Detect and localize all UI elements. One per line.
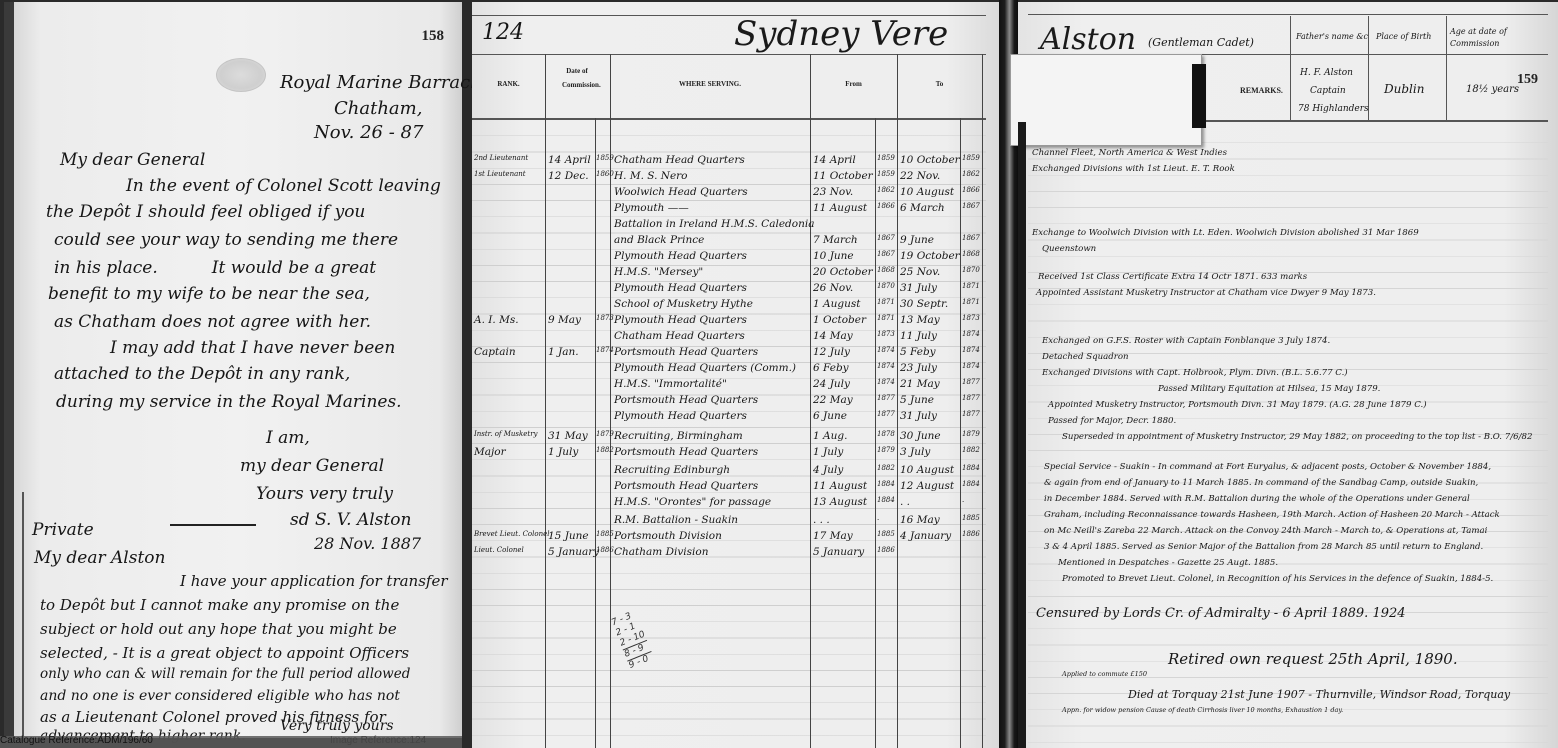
rule bbox=[472, 54, 986, 55]
ledger-cell-where: Chatham Division bbox=[614, 546, 709, 558]
remark-entry: Channel Fleet, North America & West Indi… bbox=[1032, 148, 1227, 158]
header-rank: RANK. bbox=[472, 80, 545, 88]
ledger-cell-where: Chatham Head Quarters bbox=[614, 154, 745, 166]
page-number: 159 bbox=[1517, 72, 1538, 88]
remarks-page: Alston (Gentleman Cadet) Father's name &… bbox=[1018, 2, 1558, 748]
header-place-of-birth: Place of Birth bbox=[1376, 32, 1431, 41]
ledger-cell-to-year: . bbox=[962, 496, 964, 504]
pasted-paper-slip bbox=[1010, 54, 1202, 146]
ledger-cell-from: 11 October bbox=[813, 170, 873, 182]
ledger-cell-to: 30 Septr. bbox=[900, 298, 948, 310]
ledger-cell-from: 11 August bbox=[813, 202, 867, 214]
remark-entry: Received 1st Class Certificate Extra 14 … bbox=[1038, 272, 1307, 282]
ledger-cell-from: 5 January bbox=[813, 546, 864, 558]
remark-entry: Censured by Lords Cr. of Admiralty - 6 A… bbox=[1036, 606, 1406, 621]
ledger-cell-from-year: 1886 bbox=[877, 546, 895, 554]
father-name: H. F. Alston bbox=[1300, 68, 1353, 78]
margin-bracket bbox=[22, 492, 24, 738]
ledger-cell-to-year: 1874 bbox=[962, 346, 980, 354]
ledger-cell-from-year: 1878 bbox=[877, 430, 895, 438]
ledger-cell-from-year: 1882 bbox=[877, 464, 895, 472]
remark-entry: 3 & 4 April 1885. Served as Senior Major… bbox=[1044, 542, 1483, 552]
ledger-cell-from-year: . bbox=[877, 514, 879, 522]
ledger-cell-rank: Captain bbox=[474, 346, 516, 358]
slip-tab bbox=[1192, 64, 1206, 128]
ledger-cell-where: Battalion in Ireland H.M.S. Caledonia bbox=[614, 218, 814, 230]
closing-line: Yours very truly bbox=[256, 484, 393, 504]
ledger-cell-to-year: 1871 bbox=[962, 298, 980, 306]
ledger-cell-where: Woolwich Head Quarters bbox=[614, 186, 748, 198]
ledger-cell-to: 31 July bbox=[900, 410, 937, 422]
ledger-cell-from: 14 May bbox=[813, 330, 853, 342]
remark-entry: Retired own request 25th April, 1890. bbox=[1168, 650, 1458, 668]
remark-entry: in December 1884. Served with R.M. Batta… bbox=[1044, 494, 1470, 504]
ledger-cell-to-year: 1862 bbox=[962, 170, 980, 178]
ledger-cell-to: 10 August bbox=[900, 186, 954, 198]
ledger-cell-where: Portsmouth Head Quarters bbox=[614, 446, 758, 458]
letter-body-line: the Depôt I should feel obliged if you bbox=[46, 202, 365, 222]
remark-entry: on Mc Neill's Zareba 22 March. Attack on… bbox=[1044, 526, 1487, 536]
ledger-cell-to-year: 1874 bbox=[962, 330, 980, 338]
column-divider bbox=[1290, 16, 1291, 122]
reply-salutation: My dear Alston bbox=[34, 548, 165, 568]
ledger-cell-date: 12 Dec. bbox=[548, 170, 589, 182]
surname-subtitle: (Gentleman Cadet) bbox=[1148, 36, 1254, 49]
ledger-cell-from-year: 1859 bbox=[877, 154, 895, 162]
ledger-cell-date: 5 January bbox=[548, 546, 599, 558]
ledger-cell-from-year: 1873 bbox=[877, 330, 895, 338]
ledger-cell-from: 12 July bbox=[813, 346, 850, 358]
ledger-cell-from: 1 Aug. bbox=[813, 430, 847, 442]
ledger-cell-to-year: 1884 bbox=[962, 464, 980, 472]
ledger-cell-to-year: 1874 bbox=[962, 362, 980, 370]
ledger-cell-where: Portsmouth Head Quarters bbox=[614, 394, 758, 406]
page-number: 124 bbox=[482, 20, 524, 45]
reply-body-line: selected, - It is a great object to appo… bbox=[40, 644, 409, 662]
ledger-cell-to: 30 June bbox=[900, 430, 941, 442]
ledger-cell-from-year: 1877 bbox=[877, 394, 895, 402]
ledger-cell-year: 1882 bbox=[596, 446, 614, 454]
ledger-cell-to-year: 1877 bbox=[962, 378, 980, 386]
remark-entry: Passed for Major, Decr. 1880. bbox=[1048, 416, 1176, 426]
ledger-cell-to: 25 Nov. bbox=[900, 266, 940, 278]
remark-entry: Special Service - Suakin - In command at… bbox=[1044, 462, 1491, 472]
catalogue-reference: Catalogue Reference:ADM/196/60 bbox=[0, 735, 153, 746]
remark-entry: Appointed Assistant Musketry Instructor … bbox=[1036, 288, 1376, 298]
ledger-cell-from-year: 1867 bbox=[877, 250, 895, 258]
remark-entry: Exchanged Divisions with Capt. Holbrook,… bbox=[1042, 368, 1348, 378]
ledger-cell-rank: Lieut. Colonel bbox=[474, 546, 524, 554]
header-where-serving: WHERE SERVING. bbox=[610, 80, 810, 88]
ledger-cell-to-year: 1877 bbox=[962, 410, 980, 418]
reply-body-line: subject or hold out any hope that you mi… bbox=[40, 620, 397, 638]
header-age-at-commission: Age at date of Commission bbox=[1450, 26, 1542, 50]
reply-closing: Very truly yours bbox=[280, 718, 394, 734]
ledger-cell-from: 22 May bbox=[813, 394, 853, 406]
ledger-cell-rank: 2nd Lieutenant bbox=[474, 154, 528, 162]
ledger-cell-rank: A. I. Ms. bbox=[474, 314, 519, 326]
letter-page: 158 Royal Marine Barracks, Chatham, Nov.… bbox=[4, 2, 462, 738]
ledger-cell-where: H.M.S. "Mersey" bbox=[614, 266, 703, 278]
image-reference: Image Reference:124 bbox=[330, 735, 426, 746]
remark-entry: Superseded in appointment of Musketry In… bbox=[1062, 432, 1532, 442]
ledger-cell-from: 11 August bbox=[813, 480, 867, 492]
ledger-cell-to-year: 1885 bbox=[962, 514, 980, 522]
ledger-cell-to: 22 Nov. bbox=[900, 170, 940, 182]
letter-body-line: benefit to my wife to be near the sea, bbox=[48, 284, 370, 304]
ledger-cell-date: 31 May bbox=[548, 430, 588, 442]
ledger-cell-from: 20 October bbox=[813, 266, 873, 278]
ledger-cell-from-year: 1874 bbox=[877, 346, 895, 354]
ledger-cell-to: 10 August bbox=[900, 464, 954, 476]
father-regiment: 78 Highlanders bbox=[1298, 104, 1369, 114]
address-line: Chatham, bbox=[334, 98, 422, 119]
remarks-label: REMARKS. bbox=[1240, 86, 1283, 95]
remark-entry: & again from end of January to 11 March … bbox=[1044, 478, 1478, 488]
ledger-cell-year: 1873 bbox=[596, 314, 614, 322]
ledger-cell-to-year: 1866 bbox=[962, 186, 980, 194]
ledger-cell-where: Portsmouth Head Quarters bbox=[614, 480, 758, 492]
letter-body-line: In the event of Colonel Scott leaving bbox=[126, 176, 441, 196]
reference-footer: Catalogue Reference:ADM/196/60 Image Ref… bbox=[0, 736, 462, 748]
ledger-cell-to-year: 1867 bbox=[962, 202, 980, 210]
officer-name: Sydney Vere bbox=[734, 14, 948, 54]
ledger-cell-to-year: 1886 bbox=[962, 530, 980, 538]
reply-body-line: to Depôt but I cannot make any promise o… bbox=[40, 596, 399, 614]
ledger-cell-year: 1859 bbox=[596, 154, 614, 162]
ledger-cell-rank: Major bbox=[474, 446, 506, 458]
column-divider bbox=[810, 54, 811, 748]
column-divider bbox=[1446, 16, 1447, 122]
surname: Alston bbox=[1040, 22, 1136, 57]
header-to: To bbox=[897, 80, 982, 88]
remark-entry: Appointed Musketry Instructor, Portsmout… bbox=[1048, 400, 1427, 410]
ledger-cell-from: 26 Nov. bbox=[813, 282, 853, 294]
reply-body-line: I have your application for transfer bbox=[180, 572, 448, 590]
ledger-cell-from: 1 August bbox=[813, 298, 860, 310]
ledger-cell-to: 12 August bbox=[900, 480, 954, 492]
ledger-cell-where: and Black Prince bbox=[614, 234, 704, 246]
letter-body-line: attached to the Depôt in any rank, bbox=[54, 364, 350, 384]
ledger-cell-from-year: 1877 bbox=[877, 410, 895, 418]
ledger-cell-to-year: 1871 bbox=[962, 282, 980, 290]
ledger-cell-to-year: 1873 bbox=[962, 314, 980, 322]
letter-date: Nov. 26 - 87 bbox=[314, 122, 423, 143]
ledger-cell-where: R.M. Battalion - Suakin bbox=[614, 514, 738, 526]
letter-body-line: could see your way to sending me there bbox=[54, 230, 398, 250]
ledger-cell-from-year: 1870 bbox=[877, 282, 895, 290]
address-line: Royal Marine Barracks, bbox=[280, 72, 496, 93]
ledger-cell-to-year: 1882 bbox=[962, 446, 980, 454]
letter-body-line: I may add that I have never been bbox=[110, 338, 395, 358]
ledger-cell-from-year: 1885 bbox=[877, 530, 895, 538]
header-date-of-commission: Date of Commission. bbox=[562, 64, 592, 92]
ledger-cell-from-year: 1866 bbox=[877, 202, 895, 210]
ledger-cell-date: 14 April bbox=[548, 154, 591, 166]
remark-entry: Queenstown bbox=[1042, 244, 1096, 254]
letter-body-line: as Chatham does not agree with her. bbox=[54, 312, 371, 332]
rule bbox=[1028, 14, 1548, 15]
ledger-cell-from-year: 1868 bbox=[877, 266, 895, 274]
ledger-cell-where: Portsmouth Division bbox=[614, 530, 722, 542]
letter-body-line: in his place. It would be a great bbox=[54, 258, 376, 278]
ledger-cell-from: 17 May bbox=[813, 530, 853, 542]
ledger-cell-from-year: 1879 bbox=[877, 446, 895, 454]
ledger-cell-to-year: 1859 bbox=[962, 154, 980, 162]
ledger-cell-to-year: 1868 bbox=[962, 250, 980, 258]
remark-entry: Mentioned in Despatches - Gazette 25 Aug… bbox=[1058, 558, 1278, 568]
ledger-cell-to-year: 1870 bbox=[962, 266, 980, 274]
father-rank: Captain bbox=[1310, 86, 1346, 96]
signature: sd S. V. Alston bbox=[290, 510, 411, 530]
ledger-cell-where: Plymouth Head Quarters bbox=[614, 410, 747, 422]
remark-entry: Exchange to Woolwich Division with Lt. E… bbox=[1032, 228, 1419, 238]
ledger-cell-from: 13 August bbox=[813, 496, 867, 508]
ledger-cell-from-year: 1884 bbox=[877, 496, 895, 504]
private-label: Private bbox=[32, 520, 94, 540]
ledger-cell-date: 1 Jan. bbox=[548, 346, 579, 358]
ledger-cell-where: H.M.S. "Orontes" for passage bbox=[614, 496, 771, 508]
salutation: My dear General bbox=[60, 150, 205, 170]
ledger-cell-from-year: 1871 bbox=[877, 298, 895, 306]
remark-entry: Passed Military Equitation at Hilsea, 15… bbox=[1158, 384, 1380, 394]
ledger-cell-from-year: 1884 bbox=[877, 480, 895, 488]
ledger-cell-year: 1885 bbox=[596, 530, 614, 538]
ledger-cell-where: Plymouth Head Quarters bbox=[614, 282, 747, 294]
ledger-cell-from: 23 Nov. bbox=[813, 186, 853, 198]
page-number: 158 bbox=[422, 28, 445, 45]
ledger-cell-from: 24 July bbox=[813, 378, 850, 390]
service-ledger-page: 124 Sydney Vere RANK. Date of Commission… bbox=[472, 2, 999, 748]
ledger-cell-to: 9 June bbox=[900, 234, 934, 246]
ledger-cell-to: 5 Feby bbox=[900, 346, 936, 358]
ledger-cell-where: Plymouth Head Quarters bbox=[614, 250, 747, 262]
ledger-cell-to: 4 January bbox=[900, 530, 951, 542]
header-fathers-name: Father's name &c bbox=[1296, 32, 1368, 41]
remark-entry: Exchanged Divisions with 1st Lieut. E. T… bbox=[1032, 164, 1235, 174]
ledger-cell-to: 19 October bbox=[900, 250, 960, 262]
column-divider bbox=[545, 54, 546, 748]
ledger-cell-from-year: 1859 bbox=[877, 170, 895, 178]
ledger-cell-where: Recruiting Edinburgh bbox=[614, 464, 730, 476]
divider bbox=[170, 524, 256, 526]
ledger-cell-to: 21 May bbox=[900, 378, 940, 390]
header-from: From bbox=[810, 80, 897, 88]
ledger-cell-from-year: 1874 bbox=[877, 362, 895, 370]
page-edge bbox=[1018, 122, 1026, 748]
ledger-cell-to-year: 1884 bbox=[962, 480, 980, 488]
ledger-cell-to: 3 July bbox=[900, 446, 930, 458]
closing-line: my dear General bbox=[240, 456, 384, 476]
remark-entry: Appn. for widow pension Cause of death C… bbox=[1062, 706, 1343, 714]
ledger-cell-where: Plymouth Head Quarters bbox=[614, 314, 747, 326]
ledger-cell-from: 4 July bbox=[813, 464, 843, 476]
ledger-cell-year: 1886 bbox=[596, 546, 614, 554]
column-divider bbox=[960, 118, 961, 748]
ledger-cell-to: . . bbox=[900, 496, 910, 508]
ledger-cell-to: 6 March bbox=[900, 202, 945, 214]
column-divider bbox=[897, 54, 898, 748]
ledger-cell-to-year: 1877 bbox=[962, 394, 980, 402]
ledger-cell-from: 6 June bbox=[813, 410, 847, 422]
rule bbox=[472, 15, 986, 16]
reply-date: 28 Nov. 1887 bbox=[314, 534, 421, 553]
ledger-cell-from: 14 April bbox=[813, 154, 856, 166]
remark-entry: Detached Squadron bbox=[1042, 352, 1129, 362]
crest-emblem-icon bbox=[216, 58, 266, 92]
ledger-cell-rank: 1st Lieutenant bbox=[474, 170, 526, 178]
remark-entry: Graham, including Reconnaissance towards… bbox=[1044, 510, 1500, 520]
remark-entry: Exchanged on G.F.S. Roster with Captain … bbox=[1042, 336, 1330, 346]
ledger-cell-to-year: 1867 bbox=[962, 234, 980, 242]
ledger-cell-where: Plymouth Head Quarters (Comm.) bbox=[614, 362, 796, 374]
ledger-cell-from-year: 1862 bbox=[877, 186, 895, 194]
ledger-cell-year: 1860 bbox=[596, 170, 614, 178]
ledger-cell-to: 31 July bbox=[900, 282, 937, 294]
ledger-cell-year: 1874 bbox=[596, 346, 614, 354]
remark-entry: Applied to commute £150 bbox=[1062, 670, 1147, 678]
ledger-cell-from-year: 1871 bbox=[877, 314, 895, 322]
ledger-cell-to: 10 October bbox=[900, 154, 960, 166]
ledger-cell-from: 1 October bbox=[813, 314, 866, 326]
remark-entry: Promoted to Brevet Lieut. Colonel, in Re… bbox=[1062, 574, 1493, 584]
place-of-birth: Dublin bbox=[1384, 82, 1424, 96]
ledger-cell-to: 11 July bbox=[900, 330, 937, 342]
ledger-cell-from-year: 1867 bbox=[877, 234, 895, 242]
reply-body-line: only who can & will remain for the full … bbox=[40, 666, 410, 682]
ledger-cell-where: Portsmouth Head Quarters bbox=[614, 346, 758, 358]
ledger-cell-from: 6 Feby bbox=[813, 362, 849, 374]
ledger-cell-year: 1879 bbox=[596, 430, 614, 438]
ledger-cell-where: School of Musketry Hythe bbox=[614, 298, 753, 310]
remark-entry: Died at Torquay 21st June 1907 - Thurnvi… bbox=[1128, 688, 1510, 701]
ledger-cell-to: 16 May bbox=[900, 514, 940, 526]
ledger-cell-from-year: 1874 bbox=[877, 378, 895, 386]
ledger-cell-to: 5 June bbox=[900, 394, 934, 406]
ledger-cell-from: 7 March bbox=[813, 234, 858, 246]
ledger-cell-rank: Brevet Lieut. Colonel bbox=[474, 530, 549, 538]
closing-line: I am, bbox=[266, 428, 310, 448]
ledger-cell-where: Chatham Head Quarters bbox=[614, 330, 745, 342]
ledger-cell-from: 10 June bbox=[813, 250, 854, 262]
ledger-cell-where: Recruiting, Birmingham bbox=[614, 430, 743, 442]
letter-body-line: during my service in the Royal Marines. bbox=[56, 392, 402, 412]
ledger-cell-from: 1 July bbox=[813, 446, 843, 458]
ledger-cell-date: 1 July bbox=[548, 446, 578, 458]
column-divider bbox=[875, 118, 876, 748]
ledger-cell-where: H. M. S. Nero bbox=[614, 170, 688, 182]
ledger-cell-where: H.M.S. "Immortalité" bbox=[614, 378, 727, 390]
age-at-commission: 18½ years bbox=[1466, 84, 1519, 95]
ledger-cell-rank: Instr. of Musketry bbox=[474, 430, 538, 438]
ledger-cell-date: 9 May bbox=[548, 314, 581, 326]
ledger-cell-date: 15 June bbox=[548, 530, 589, 542]
ledger-cell-to: 13 May bbox=[900, 314, 940, 326]
ledger-cell-from: . . . bbox=[813, 514, 830, 526]
ledger-cell-where: Plymouth —— bbox=[614, 202, 689, 214]
ledger-cell-to: 23 July bbox=[900, 362, 937, 374]
reply-body-line: and no one is ever considered eligible w… bbox=[40, 688, 400, 704]
ledger-cell-to-year: 1879 bbox=[962, 430, 980, 438]
column-divider bbox=[982, 54, 983, 748]
